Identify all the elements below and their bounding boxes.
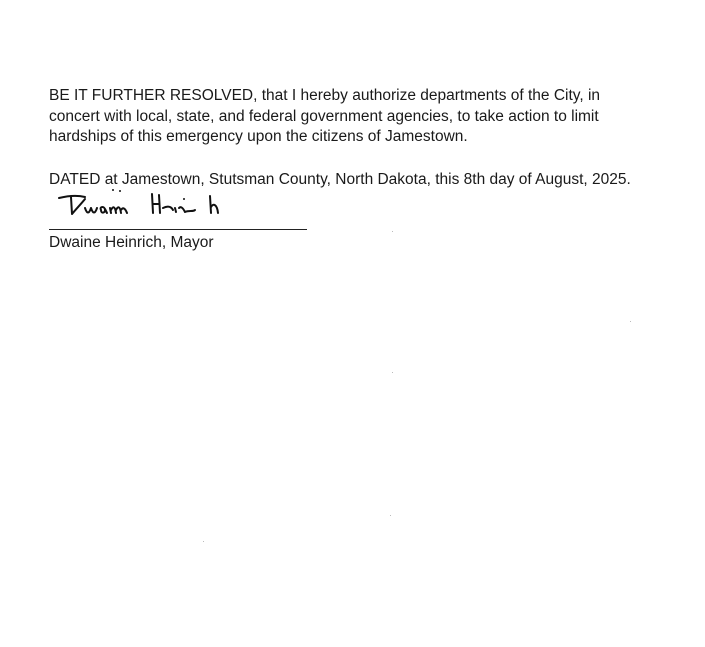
scan-speck: [630, 321, 631, 322]
paragraph-line: concert with local, state, and federal g…: [49, 107, 600, 128]
scan-speck: [392, 372, 393, 373]
paragraph-line: BE IT FURTHER RESOLVED, that I hereby au…: [49, 86, 600, 107]
paragraph-line: hardships of this emergency upon the cit…: [49, 127, 600, 148]
scan-speck: [390, 515, 391, 516]
handwritten-signature-icon: [55, 186, 230, 222]
signer-name-title: Dwaine Heinrich, Mayor: [49, 233, 214, 253]
scan-speck: [203, 541, 204, 542]
signature-line: [49, 229, 307, 230]
scan-speck: [392, 231, 393, 232]
further-resolved-paragraph: BE IT FURTHER RESOLVED, that I hereby au…: [49, 86, 600, 148]
